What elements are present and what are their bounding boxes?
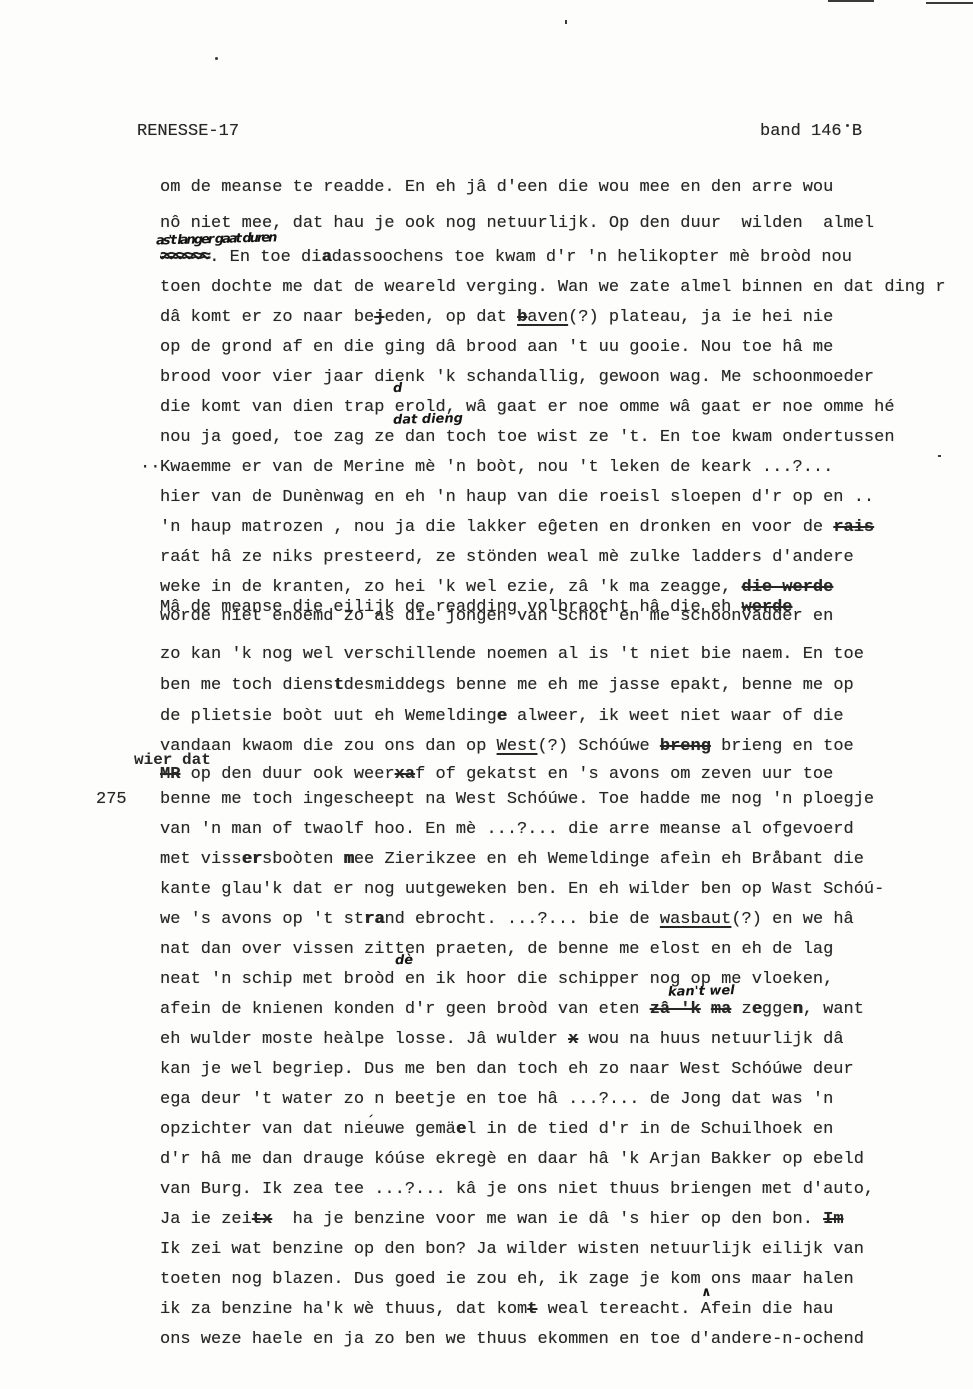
handwritten-annotation: d [392,382,402,395]
handwritten-annotation: ˏ [366,1104,373,1117]
text-segment: sboòten [262,850,344,869]
text-segment: nd ebrocht. ...?... bie de [384,910,659,929]
text-line: neat 'n schip met broòd en ik hoor die s… [160,970,973,1000]
text-segment: neat 'n schip met broòd [160,970,405,989]
struck-out-text: t [527,1300,537,1319]
text-segment: (?) Schóúwe [537,737,659,756]
text-line: Ja ie zeitx ha je benzine voor me wan ie… [160,1210,973,1240]
text-line: ega deur 't water zo nˏ beetje en toe hâ… [160,1090,973,1120]
text-line: 275benne me toch ingescheept na West Sch… [160,790,973,820]
text-segment: toen dochte me dat de weareld verging. W… [160,278,946,297]
struck-out-text: j [374,308,384,327]
text-segment: van Burg. Ik zea tee ...?... kâ je ons n… [160,1180,874,1199]
text-line: nat dan over vissen zitten praeten, de b… [160,940,973,970]
text-segment: Ja ie zei [160,1210,252,1229]
text-line: brood voor vier jaar dienk 'k schandalli… [160,368,973,398]
overtyped-text: n [793,1000,803,1019]
text-segment: ha je benzine voor me wan ie dâ 's hier … [272,1210,823,1229]
text-line: hier van de Dunènwag en eh 'n haup van d… [160,488,973,518]
text-line: dâ komt er zo naar bejeden, op dat baven… [160,308,973,338]
scanned-document-page: RENESSE-17 band 146 B om de meanse te re… [0,0,973,1389]
text-segment: op den duur ook weer [180,765,394,784]
text-segment: hier van de Dunènwag en eh 'n haup van d… [160,488,874,507]
text-line: Ik zei wat benzine op den bon? Ja wilder… [160,1240,973,1270]
text-line: toen dochte me dat de weareld verging. W… [160,278,973,308]
text-segment: l in de tied d'r in de Schuilhoek en [466,1120,833,1139]
text-segment: kante glau'k dat er nog uutgeweken ben. … [160,880,884,899]
text-segment: Ik zei wat benzine op den bon? Ja wilder… [160,1240,864,1259]
text-line: nô niet mee, dat hau je ook nog netuurli… [160,214,973,248]
text-line: nou ja goed, toe zag ze dandat dieng toc… [160,428,973,458]
text-line: van Burg. Ik zea tee ...?... kâ je ons n… [160,1180,973,1210]
text-line: zo kan 'k nog wel verschillende noemen a… [160,645,973,676]
text-segment: kan je wel begriep. Dus me ben dan toch … [160,1060,854,1079]
text-segment: nat dan over vissen zitten praeten, de b… [160,940,833,959]
handwritten-annotation: as't langer gaat duren [156,231,276,247]
text-segment: en ik hoor die schipper nog op me vloeke… [405,970,833,989]
text-segment [701,1000,711,1019]
text-segment: dassoochens toe kwam d'r 'n helikopter m… [332,248,852,267]
text-segment: desmiddegs benne me eh me jasse epakt, b… [344,676,854,695]
text-line: eh wulder moste heàlpe losse. Jâ wulder … [160,1030,973,1060]
text-segment: , want [803,1000,864,1019]
text-segment: weke in de kranten, zo hei 'k wel ezie, … [160,578,742,597]
text-line: ik za benzine ha'k wè thuus, dat komt we… [160,1300,973,1330]
text-segment: brieng en toe [711,737,854,756]
text-line: om de meanse te readde. En eh jâ d'een d… [160,178,973,214]
text-segment: brood voor vier jaar dienk 'k schandalli… [160,368,874,387]
text-line: 'n haup matrozen , nou ja die lakker eĝe… [160,518,973,548]
scan-artifact-dot [215,57,218,60]
text-segment: 'n haup matrozen , nou ja die lakker eĝe… [160,518,833,537]
text-line: d'r hâ me dan drauge kóúse ekregè en daa… [160,1150,973,1180]
handwritten-annotation: dè [395,954,413,967]
text-segment: met viss [160,850,242,869]
handwritten-annotation: kan't wel [668,984,735,999]
text-segment: dâ komt er zo naar be [160,308,374,327]
tape-band-label: band 146 B [760,122,862,141]
text-segment: ee Zierikzee en eh Wemeldinge afeìn eh B… [354,850,864,869]
text-segment: zo kan 'k nog wel verschillende noemen a… [160,645,864,664]
text-line: ons weze haele en ja zo ben we thuus eko… [160,1330,973,1360]
text-segment: eh wulder moste heàlpe losse. Jâ wulder [160,1030,568,1049]
struck-out-text: tx [252,1210,272,1229]
struck-out-text: xa [395,765,415,784]
text-line: de plietsie boòt uut eh Wemeldinge alwee… [160,707,973,737]
scan-artifact-dash [926,2,973,4]
text-line: ··Kwaemme er van de Merine mè 'n boòt, n… [160,458,973,488]
underlined-text: West [497,737,538,756]
overtyped-text: e [497,707,507,726]
text-line: raát hâ ze niks presteerd, ze stönden we… [160,548,973,578]
text-segment: nou ja goed, toe zag ze [160,428,405,447]
text-segment: (?) en we hâ [731,910,853,929]
text-segment: afein de knienen konden d'r geen broòd v… [160,1000,650,1019]
scan-artifact-dot [565,20,567,24]
text-segment: ega deur 't water zo [160,1090,364,1109]
text-segment: (?) plateau, ja ie hei nie [568,308,833,327]
text-segment: op de grond af en die ging dâ brood aan … [160,338,833,357]
text-segment: ben me toch diens [160,676,333,695]
underlined-text: b [517,308,527,327]
text-segment: we 's avons op 't st [160,910,364,929]
text-segment: ik za benzine ha'k wè thuus, dat kom [160,1300,527,1319]
struck-out-text: zâ 'kkan't wel [650,1000,701,1019]
text-line: MRwier dat op den duur ook weerxaf of ge… [160,765,973,790]
text-line: weke in de kranten, zo hei 'k wel ezie, … [160,578,973,598]
text-line: worde niet enoemd zo as die jongen van S… [160,607,973,645]
overtyped-text: m [344,850,354,869]
scan-artifact-dash [828,0,874,2]
text-line: toeten nog blazen. Dus goed ie zou eh, i… [160,1270,973,1300]
text-segment: worde niet enoemd zo as die jongen van S… [160,607,833,626]
text-segment: weal tereacht. [537,1300,700,1319]
text-line: vandaan kwaom die zou ons dan op West(?)… [160,737,973,765]
text-segment: raát hâ ze niks presteerd, ze stönden we… [160,548,854,567]
transcription-text-block: om de meanse te readde. En eh jâ d'een d… [160,178,973,1360]
overtyped-text: e [456,1120,466,1139]
text-segment: f of gekatst en 's avons om zeven uur to… [415,765,833,784]
recording-location-label: RENESSE-17 [137,122,239,141]
text-line: Mâ de meanse die eilijk de readding volb… [160,598,973,607]
struck-out-text: MRwier dat [160,765,180,784]
text-segment: erold, wâ gaat er noe omme wâ gaat er no… [395,398,895,417]
overtyped-text: er [242,850,262,869]
text-line: kante glau'k dat er nog uutgeweken ben. … [160,880,973,910]
text-segment: Kwaemme er van de Merine mè 'n boòt, nou… [160,458,833,477]
handwritten-annotation: ∧ [701,1286,712,1299]
text-segment: d'r hâ me dan drauge kóúse ekregè en daa… [160,1150,864,1169]
overtyped-text: t [333,676,343,695]
text-segment: opzichter van dat nieuwe gemä [160,1120,456,1139]
overtyped-text: e [752,1000,762,1019]
overtyped-text: a [321,248,331,267]
struck-out-text: rais [833,518,874,537]
struck-out-text: Im [823,1210,843,1229]
text-line: opzichter van dat nieuwe gemäel in de ti… [160,1120,973,1150]
scribbled-out-text: ≈≈≈≈≈≈as't langer gaat duren [160,248,209,267]
text-line: afein de knienen konden d'r geen broòd v… [160,1000,973,1030]
text-line: we 's avons op 't strand ebrocht. ...?..… [160,910,973,940]
text-segment: z [731,1000,751,1019]
text-segment: van 'n man of twaolf hoo. En mè ...?... … [160,820,854,839]
handwritten-annotation: dat dieng [393,412,463,427]
text-line: ≈≈≈≈≈≈as't langer gaat duren. En toe dia… [160,248,973,278]
text-segment: benne me toch ingescheept na West Schóúw… [160,790,874,809]
text-segment: eden, op dat [384,308,517,327]
struck-out-text: die werde [742,578,834,597]
text-segment: toeten nog blazen. Dus goed ie zou eh, i… [160,1270,854,1289]
text-segment: nˏ [364,1090,384,1109]
underlined-text: wasbaut [660,910,731,929]
text-line: met vissersboòten mee Zierikzee en eh We… [160,850,973,880]
text-segment: om de meanse te readde. En eh jâ d'een d… [160,178,833,197]
text-segment: beetje en toe hâ ...?... de Jong dat was… [384,1090,833,1109]
text-segment: . En toe di [209,248,321,267]
text-line: ben me toch dienstdesmiddegs benne me eh… [160,676,973,707]
text-segment: alweer, ik weet niet waar of die [507,707,844,726]
text-segment: Afein die hau∧ [701,1300,834,1319]
margin-note: ·· [140,458,160,477]
text-line: die komt van dien trap erold, wâ gaat er… [160,398,973,428]
text-segment: wou na huus netuurlijk dâ [578,1030,843,1049]
text-segment: die komt van dien trap [160,398,395,417]
struck-out-text: x [568,1030,578,1049]
text-segment: toch toe wist ze 't. En toe kwam ondertu… [435,428,894,447]
text-line: kan je wel begriep. Dus me ben dan toch … [160,1060,973,1090]
text-segment: ons weze haele en ja zo ben we thuus eko… [160,1330,864,1349]
struck-out-text: ma [711,1000,731,1019]
text-segment: dandat dieng [405,428,436,447]
text-line: van 'n man of twaolf hoo. En mè ...?... … [160,820,973,850]
text-segment: de plietsie boòt uut eh Wemelding [160,707,497,726]
struck-out-text: breng [660,737,711,756]
text-line: op de grond af en die ging dâ brood aan … [160,338,973,368]
margin-note: 275 [96,790,127,809]
underlined-text: aven [527,308,568,327]
text-segment: gge [762,1000,793,1019]
overtyped-text: ra [364,910,384,929]
